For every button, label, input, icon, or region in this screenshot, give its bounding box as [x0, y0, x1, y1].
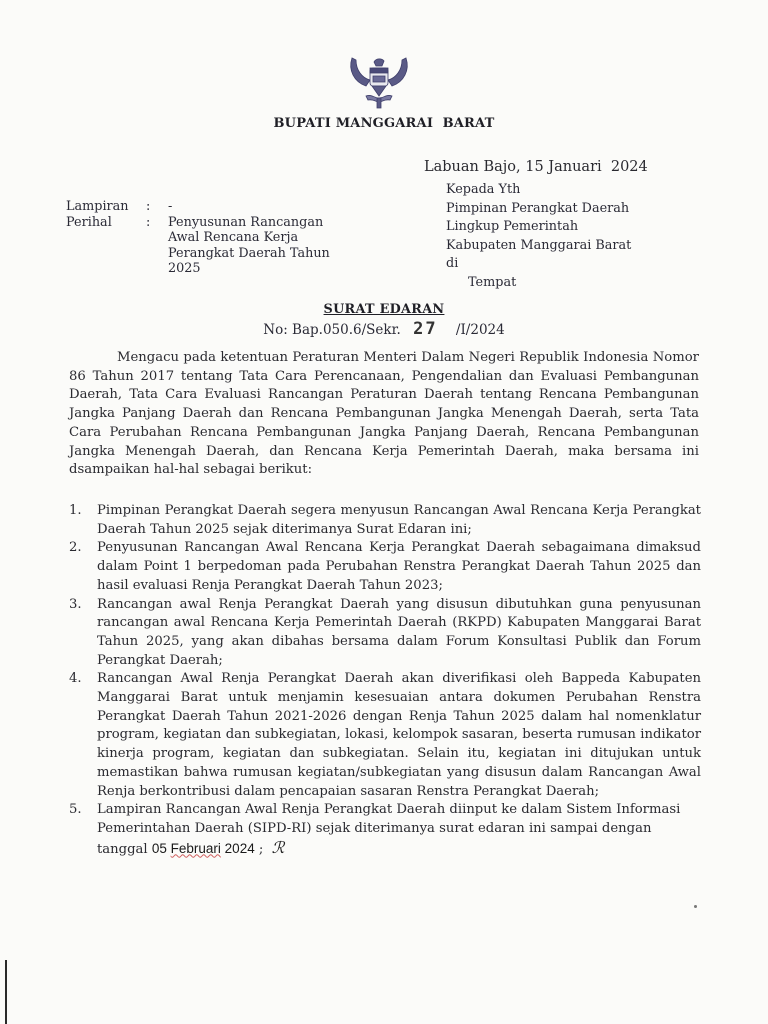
document-number: No: Bap.050.6/Sekr. 27 /I/2024: [0, 319, 768, 339]
issuer-title-text: BUPATI MANGGARAI BARAT: [273, 116, 494, 131]
perihal-label: Perihal: [66, 215, 146, 277]
recipient-line: Kabupaten Manggarai Barat: [446, 237, 631, 256]
document-number-suffix: /I/2024: [456, 322, 505, 338]
recipient-location: Tempat: [446, 274, 631, 293]
perihal-line: Awal Rencana Kerja: [168, 230, 408, 246]
recipient-line: Lingkup Pemerintah: [446, 218, 631, 237]
intro-text: Mengacu pada ketentuan Peraturan Menteri…: [69, 349, 699, 480]
list-text: Rancangan awal Renja Perangkat Daerah ya…: [97, 596, 701, 671]
list-text: Penyusunan Rancangan Awal Rencana Kerja …: [97, 539, 701, 595]
intro-paragraph: Mengacu pada ketentuan Peraturan Menteri…: [69, 349, 699, 480]
list-number: 1.: [69, 502, 97, 539]
recipient-line: Pimpinan Perangkat Daerah: [446, 200, 631, 219]
perihal-row: Perihal : Penyusunan Rancangan Awal Renc…: [66, 215, 408, 277]
colon: :: [146, 215, 168, 277]
perihal-value: Penyusunan Rancangan Awal Rencana Kerja …: [168, 215, 408, 277]
letter-meta: Lampiran : - Perihal : Penyusunan Rancan…: [66, 199, 408, 277]
document-number-handwritten: 27: [413, 319, 437, 339]
issuer-title: BUPATI MANGGARAI BARAT: [0, 116, 768, 131]
list-end: ;: [255, 842, 264, 857]
list-text: Rancangan Awal Renja Perangkat Daerah ak…: [97, 670, 701, 801]
garuda-emblem-icon: [344, 52, 414, 112]
list-number: 5.: [69, 801, 97, 859]
recipient-block: Kepada Yth Pimpinan Perangkat Daerah Lin…: [446, 181, 631, 293]
recipient-line: Kepada Yth: [446, 181, 631, 200]
recipient-line: di: [446, 255, 631, 274]
list-text: Lampiran Rancangan Awal Renja Perangkat …: [97, 801, 701, 859]
document-title: SURAT EDARAN: [0, 302, 768, 317]
colon: :: [146, 199, 168, 215]
deadline-year: 2024: [225, 841, 255, 856]
paraf-signature-icon: ℛ: [272, 838, 285, 857]
lampiran-label: Lampiran: [66, 199, 146, 215]
perihal-line: Perangkat Daerah Tahun: [168, 246, 408, 262]
deadline-day: 05: [152, 841, 167, 856]
perihal-line: 2025: [168, 261, 408, 277]
list-item: 1. Pimpinan Perangkat Daerah segera meny…: [69, 502, 701, 539]
list-item: 4. Rancangan Awal Renja Perangkat Daerah…: [69, 670, 701, 801]
list-number: 3.: [69, 596, 97, 671]
list-number: 4.: [69, 670, 97, 801]
instruction-list: 1. Pimpinan Perangkat Daerah segera meny…: [69, 502, 701, 859]
scan-dot-mark: [694, 905, 697, 908]
document-number-prefix: No: Bap.050.6/Sekr.: [263, 322, 401, 338]
document-title-block: SURAT EDARAN No: Bap.050.6/Sekr. 27 /I/2…: [0, 302, 768, 339]
lampiran-row: Lampiran : -: [66, 199, 408, 215]
list-item: 5. Lampiran Rancangan Awal Renja Perangk…: [69, 801, 701, 859]
deadline-date: 05 Februari 2024: [152, 841, 255, 856]
place-date: Labuan Bajo, 15 Januari 2024: [424, 159, 648, 175]
list-number: 2.: [69, 539, 97, 595]
list-item: 3. Rancangan awal Renja Perangkat Daerah…: [69, 596, 701, 671]
deadline-month: Februari: [171, 841, 221, 856]
list-text: Pimpinan Perangkat Daerah segera menyusu…: [97, 502, 701, 539]
scan-edge-mark: [5, 960, 7, 1024]
list-item: 2. Penyusunan Rancangan Awal Rencana Ker…: [69, 539, 701, 595]
lampiran-value: -: [168, 199, 408, 215]
perihal-line: Penyusunan Rancangan: [168, 215, 408, 231]
